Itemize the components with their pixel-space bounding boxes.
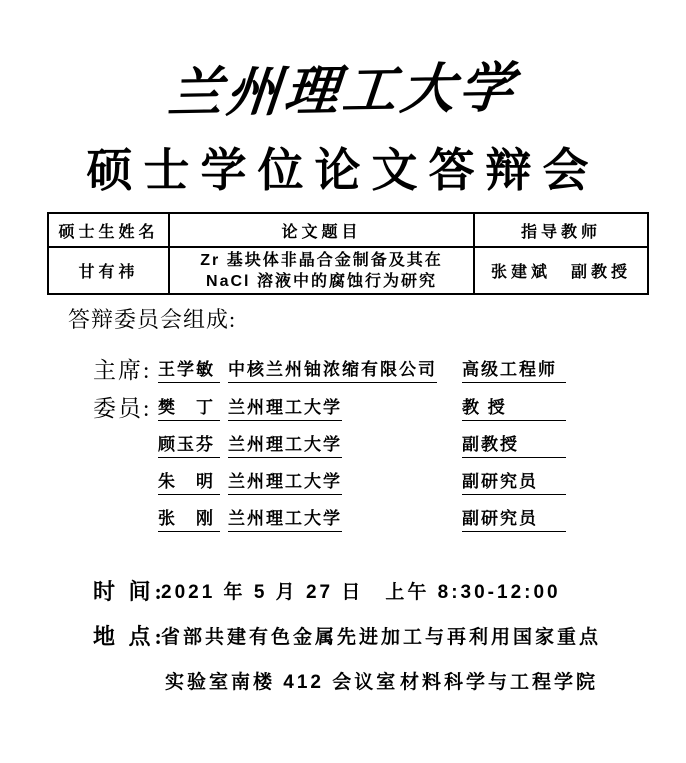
student-name-cell: 甘有祎 bbox=[48, 247, 169, 294]
member-name: 朱 明 bbox=[158, 467, 220, 495]
member-title: 副教授 bbox=[462, 430, 566, 458]
member-title: 副研究员 bbox=[462, 467, 566, 495]
member-name: 樊 丁 bbox=[158, 393, 220, 421]
header-thesis-title: 论文题目 bbox=[169, 213, 474, 247]
role-label: 委员: bbox=[93, 390, 151, 423]
advisor-cell: 张建斌 副教授 bbox=[474, 247, 648, 294]
committee-row-member: 张 刚 兰州理工大学 副研究员 bbox=[0, 501, 686, 528]
header-student-name: 硕士生姓名 bbox=[48, 213, 169, 247]
department-name: 材料科学与工程学院 bbox=[400, 667, 598, 694]
thesis-title-cell: Zr 基块体非晶合金制备及其在 NaCl 溶液中的腐蚀行为研究 bbox=[169, 247, 474, 294]
thesis-title-line2: NaCl 溶液中的腐蚀行为研究 bbox=[170, 271, 473, 292]
member-name: 王学敏 bbox=[158, 355, 220, 383]
member-title: 副研究员 bbox=[462, 504, 566, 532]
member-name: 顾玉芬 bbox=[158, 430, 220, 458]
thesis-info-table: 硕士生姓名 论文题目 指导教师 甘有祎 Zr 基块体非晶合金制备及其在 NaCl… bbox=[47, 212, 649, 295]
role-label: 主席: bbox=[93, 352, 151, 385]
member-name: 张 刚 bbox=[158, 504, 220, 532]
member-affiliation: 兰州理工大学 bbox=[228, 393, 342, 421]
header-advisor: 指导教师 bbox=[474, 213, 648, 247]
member-title: 高级工程师 bbox=[462, 355, 566, 383]
member-affiliation: 兰州理工大学 bbox=[228, 504, 342, 532]
member-affiliation: 兰州理工大学 bbox=[228, 430, 342, 458]
time-value: 2021 年 5 月 27 日 上午 8:30-12:00 bbox=[161, 577, 561, 604]
member-title: 教 授 bbox=[462, 393, 566, 421]
location-label: 地 点: bbox=[93, 620, 166, 651]
committee-row-member: 朱 明 兰州理工大学 副研究员 bbox=[0, 464, 686, 491]
committee-row-member: 顾玉芬 兰州理工大学 副教授 bbox=[0, 427, 686, 454]
time-label: 时 间: bbox=[93, 575, 166, 606]
page-title: 硕士学位论文答辩会 bbox=[0, 134, 686, 200]
table-header-row: 硕士生姓名 论文题目 指导教师 bbox=[48, 213, 648, 247]
university-calligraphy-logo: 兰州理工大学 bbox=[0, 42, 686, 131]
location-value-line1: 省部共建有色金属先进加工与再利用国家重点 bbox=[161, 622, 601, 649]
committee-row-chair: 主席: 王学敏 中核兰州铀浓缩有限公司 高级工程师 bbox=[0, 352, 686, 379]
time-row: 时 间: 2021 年 5 月 27 日 上午 8:30-12:00 bbox=[0, 575, 686, 603]
thesis-title-line1: Zr 基块体非晶合金制备及其在 bbox=[170, 250, 473, 271]
location-value-line2: 实验室南楼 412 会议室 bbox=[165, 667, 398, 694]
defense-announcement-page: 兰州理工大学 硕士学位论文答辩会 硕士生姓名 论文题目 指导教师 甘有祎 Zr … bbox=[0, 0, 686, 763]
member-affiliation: 兰州理工大学 bbox=[228, 467, 342, 495]
committee-section-label: 答辩委员会组成: bbox=[68, 303, 236, 334]
location-row: 地 点: 省部共建有色金属先进加工与再利用国家重点 bbox=[0, 620, 686, 648]
committee-row-member: 委员: 樊 丁 兰州理工大学 教 授 bbox=[0, 390, 686, 417]
table-data-row: 甘有祎 Zr 基块体非晶合金制备及其在 NaCl 溶液中的腐蚀行为研究 张建斌 … bbox=[48, 247, 648, 294]
location-row-continued: 实验室南楼 412 会议室 材料科学与工程学院 bbox=[0, 665, 686, 693]
member-affiliation: 中核兰州铀浓缩有限公司 bbox=[228, 355, 437, 383]
